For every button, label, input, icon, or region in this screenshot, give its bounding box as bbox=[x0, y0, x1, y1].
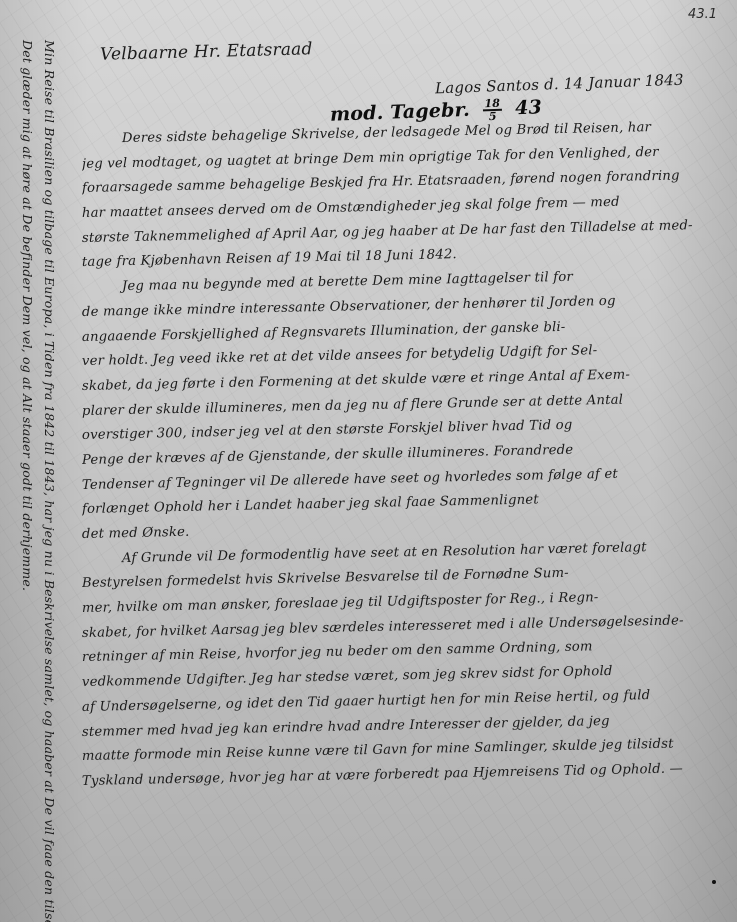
ink-dot bbox=[712, 880, 716, 884]
dateline: Lagos Santos d. 14 Januar 1843 bbox=[435, 71, 684, 98]
margin-note-line: Det glæder mig at høre at De befinder De… bbox=[16, 40, 38, 920]
margin-note: Min Reise til Brasilien og tilbage til E… bbox=[0, 40, 60, 920]
letter-body: Deres sidste behagelige Skrivelse, der l… bbox=[82, 128, 722, 795]
stamp-suffix: 43 bbox=[515, 96, 543, 119]
salutation: Velbaarne Hr. Etatsraad bbox=[100, 39, 313, 65]
manuscript-page: 43.1 Velbaarne Hr. Etatsraad Lagos Santo… bbox=[0, 0, 737, 922]
page-number: 43.1 bbox=[688, 7, 717, 22]
margin-note-line: Min Reise til Brasilien og tilbage til E… bbox=[38, 40, 60, 920]
